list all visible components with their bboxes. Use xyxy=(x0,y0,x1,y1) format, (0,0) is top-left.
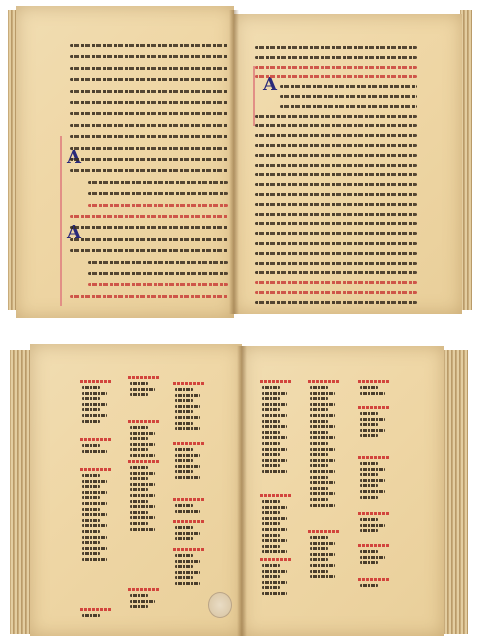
list-entry xyxy=(262,586,280,589)
list-entry xyxy=(82,485,100,488)
list-entry xyxy=(175,422,193,425)
list-entry xyxy=(262,397,280,400)
rubric-heading xyxy=(358,578,390,581)
list-entry xyxy=(360,484,378,487)
list-entry xyxy=(262,550,287,553)
manuscript-text-line xyxy=(255,252,417,255)
list-entry xyxy=(130,594,148,597)
manuscript-text-line xyxy=(88,204,228,207)
list-entry xyxy=(310,558,328,561)
rubric-heading xyxy=(173,442,205,445)
list-entry xyxy=(82,541,100,544)
thumb-stain xyxy=(208,592,232,618)
list-entry xyxy=(262,431,280,434)
list-entry xyxy=(360,556,385,559)
rubric-heading xyxy=(260,558,292,561)
list-entry xyxy=(130,600,155,603)
rubric-heading xyxy=(128,460,160,463)
manuscript-text-line xyxy=(88,181,228,184)
manuscript-text-line xyxy=(70,249,228,252)
manuscript-text-line xyxy=(70,158,228,161)
list-entry xyxy=(175,537,193,540)
list-entry xyxy=(82,444,100,447)
manuscript-text-line xyxy=(70,169,228,172)
list-entry xyxy=(262,592,287,595)
list-entry xyxy=(82,480,107,483)
manuscript-text-line xyxy=(88,272,228,275)
list-entry xyxy=(82,414,107,417)
list-entry xyxy=(175,526,193,529)
list-entry xyxy=(130,454,155,457)
list-entry xyxy=(262,459,287,462)
list-entry xyxy=(360,518,378,521)
list-entry xyxy=(310,470,335,473)
list-entry xyxy=(175,582,200,585)
list-entry xyxy=(262,511,280,514)
manuscript-text-line xyxy=(255,173,417,176)
list-entry xyxy=(130,443,155,446)
list-entry xyxy=(310,386,328,389)
list-entry xyxy=(175,576,193,579)
list-entry xyxy=(130,437,148,440)
list-entry xyxy=(310,542,335,545)
list-entry xyxy=(130,528,155,531)
list-entry xyxy=(175,465,200,468)
rubric-heading xyxy=(358,380,390,383)
manuscript-text-line xyxy=(70,124,228,127)
list-entry xyxy=(262,528,287,531)
list-entry xyxy=(262,392,287,395)
list-entry xyxy=(82,496,100,499)
manuscript-text-line xyxy=(280,95,417,98)
manuscript-text-line xyxy=(280,105,417,108)
list-entry xyxy=(262,517,287,520)
manuscript-text-line xyxy=(255,281,417,284)
list-entry xyxy=(82,403,107,406)
list-entry xyxy=(175,476,200,479)
list-entry xyxy=(82,474,100,477)
list-entry xyxy=(310,498,328,501)
list-entry xyxy=(360,412,378,415)
list-entry xyxy=(360,434,378,437)
list-entry xyxy=(82,491,107,494)
list-entry xyxy=(82,558,107,561)
bottom-book-right-edge xyxy=(440,350,468,634)
list-entry xyxy=(262,575,280,578)
list-entry xyxy=(360,490,385,493)
list-entry xyxy=(130,426,148,429)
list-entry xyxy=(82,536,107,539)
list-entry xyxy=(130,382,148,385)
top-gutter xyxy=(229,10,239,314)
list-entry xyxy=(262,386,280,389)
list-entry xyxy=(175,416,200,419)
manuscript-text-line xyxy=(70,90,228,93)
list-entry xyxy=(262,436,287,439)
list-entry xyxy=(310,392,335,395)
list-entry xyxy=(175,571,200,574)
list-entry xyxy=(310,403,335,406)
list-entry xyxy=(262,420,280,423)
list-entry xyxy=(360,473,378,476)
list-entry xyxy=(262,425,287,428)
manuscript-text-line xyxy=(255,164,417,167)
list-entry xyxy=(82,397,100,400)
list-entry xyxy=(82,513,107,516)
list-entry xyxy=(130,472,155,475)
manuscript-text-line xyxy=(255,144,417,147)
list-entry xyxy=(130,500,148,503)
manuscript-text-line xyxy=(255,193,417,196)
manuscript-text-line xyxy=(70,215,228,218)
list-entry xyxy=(175,399,193,402)
list-entry xyxy=(310,397,328,400)
list-entry xyxy=(175,554,193,557)
manuscript-text-line xyxy=(70,67,228,70)
list-entry xyxy=(360,496,378,499)
bottom-manuscript xyxy=(8,340,472,640)
manuscript-text-line xyxy=(88,261,228,264)
list-entry xyxy=(310,453,328,456)
list-entry xyxy=(262,534,280,537)
list-entry xyxy=(262,464,280,467)
manuscript-text-line xyxy=(70,44,228,47)
manuscript-text-line xyxy=(70,112,228,115)
list-entry xyxy=(262,470,287,473)
list-entry xyxy=(130,511,148,514)
list-entry xyxy=(175,532,200,535)
list-entry xyxy=(82,408,100,411)
list-entry xyxy=(175,470,193,473)
list-entry xyxy=(262,522,280,525)
manuscript-text-line xyxy=(255,271,417,274)
list-entry xyxy=(360,584,378,587)
list-entry xyxy=(82,502,107,505)
list-entry xyxy=(175,388,193,391)
list-entry xyxy=(82,524,107,527)
decorated-initial-a: A xyxy=(261,76,279,94)
list-entry xyxy=(82,614,100,617)
list-entry xyxy=(175,565,193,568)
list-entry xyxy=(82,420,100,423)
manuscript-text-line xyxy=(70,295,228,298)
list-entry xyxy=(360,468,385,471)
list-entry xyxy=(310,436,335,439)
list-entry xyxy=(360,550,378,553)
manuscript-text-line xyxy=(255,124,417,127)
list-entry xyxy=(262,545,280,548)
rubric-heading xyxy=(260,380,292,383)
list-entry xyxy=(262,506,287,509)
manuscript-text-line xyxy=(255,262,417,265)
list-entry xyxy=(310,420,328,423)
list-entry xyxy=(175,454,200,457)
list-entry xyxy=(360,462,378,465)
rubric-heading xyxy=(80,438,112,441)
list-entry xyxy=(130,488,148,491)
list-entry xyxy=(130,388,155,391)
list-entry xyxy=(310,487,328,490)
list-entry xyxy=(262,453,280,456)
list-entry xyxy=(130,393,148,396)
list-entry xyxy=(130,448,148,451)
manuscript-text-line xyxy=(255,213,417,216)
rubric-heading xyxy=(308,530,340,533)
rubric-heading xyxy=(128,588,160,591)
list-entry xyxy=(310,575,335,578)
manuscript-text-line xyxy=(255,115,417,118)
manuscript-text-line xyxy=(255,232,417,235)
list-entry xyxy=(130,522,148,525)
list-entry xyxy=(360,386,378,389)
list-entry xyxy=(82,519,100,522)
manuscript-text-line xyxy=(70,147,228,150)
list-entry xyxy=(175,459,193,462)
list-entry xyxy=(262,581,287,584)
list-entry xyxy=(130,505,155,508)
list-entry xyxy=(310,481,335,484)
list-entry xyxy=(310,459,335,462)
manuscript-text-line xyxy=(88,283,228,286)
rubric-heading xyxy=(358,456,390,459)
list-entry xyxy=(82,508,100,511)
rubric-heading xyxy=(173,520,205,523)
manuscript-text-line xyxy=(255,134,417,137)
list-entry xyxy=(175,427,200,430)
list-entry xyxy=(310,564,335,567)
list-entry xyxy=(82,547,107,550)
list-entry xyxy=(310,448,335,451)
manuscript-text-line xyxy=(255,75,417,78)
manuscript-text-line xyxy=(255,56,417,59)
list-entry xyxy=(310,553,335,556)
list-entry xyxy=(130,605,148,608)
top-manuscript: A A A xyxy=(8,6,472,322)
list-entry xyxy=(175,448,193,451)
manuscript-text-line xyxy=(70,135,228,138)
list-entry xyxy=(360,392,385,395)
rubric-heading xyxy=(358,544,390,547)
list-entry xyxy=(175,394,200,397)
list-entry xyxy=(262,414,287,417)
manuscript-text-line xyxy=(255,291,417,294)
list-entry xyxy=(310,476,328,479)
left-margin-flourish xyxy=(60,136,62,306)
list-entry xyxy=(310,425,335,428)
list-entry xyxy=(262,408,280,411)
manuscript-text-line xyxy=(255,301,417,304)
list-entry xyxy=(310,442,328,445)
list-entry xyxy=(262,564,280,567)
rubric-heading xyxy=(173,498,205,501)
list-entry xyxy=(262,539,287,542)
list-entry xyxy=(360,524,385,527)
rubric-heading xyxy=(358,512,390,515)
list-entry xyxy=(130,494,155,497)
rubric-heading xyxy=(128,376,160,379)
list-entry xyxy=(262,570,287,573)
list-entry xyxy=(360,418,385,421)
list-entry xyxy=(130,477,148,480)
manuscript-text-line xyxy=(255,203,417,206)
manuscript-text-line xyxy=(70,238,228,241)
manuscript-text-line xyxy=(255,183,417,186)
list-entry xyxy=(262,448,287,451)
rubric-heading xyxy=(358,406,390,409)
manuscript-text-line xyxy=(70,55,228,58)
manuscript-text-line xyxy=(255,66,417,69)
list-entry xyxy=(82,552,100,555)
list-entry xyxy=(175,560,200,563)
list-entry xyxy=(310,464,328,467)
rubric-heading xyxy=(128,420,160,423)
list-entry xyxy=(310,414,335,417)
list-entry xyxy=(130,432,155,435)
list-entry xyxy=(175,504,193,507)
manuscript-text-line xyxy=(255,222,417,225)
list-entry xyxy=(360,529,378,532)
rubric-heading xyxy=(173,382,205,385)
list-entry xyxy=(310,536,328,539)
list-entry xyxy=(310,492,335,495)
rubric-heading xyxy=(80,380,112,383)
list-entry xyxy=(175,510,200,513)
list-entry xyxy=(310,504,335,507)
list-entry xyxy=(82,530,100,533)
list-entry xyxy=(262,500,280,503)
list-entry xyxy=(262,442,280,445)
rubric-heading xyxy=(173,548,205,551)
rubric-heading xyxy=(80,468,112,471)
list-entry xyxy=(360,423,378,426)
list-entry xyxy=(360,429,385,432)
manuscript-text-line xyxy=(70,226,228,229)
rubric-heading xyxy=(80,608,112,611)
list-entry xyxy=(175,405,200,408)
list-entry xyxy=(262,403,287,406)
manuscript-text-line xyxy=(280,85,417,88)
list-entry xyxy=(310,547,328,550)
manuscript-text-line xyxy=(88,192,228,195)
list-entry xyxy=(310,570,328,573)
list-entry xyxy=(310,408,328,411)
rubric-heading xyxy=(260,494,292,497)
manuscript-text-line xyxy=(70,78,228,81)
list-entry xyxy=(130,516,155,519)
manuscript-text-line xyxy=(70,101,228,104)
rubric-heading xyxy=(308,380,340,383)
manuscript-text-line xyxy=(255,242,417,245)
list-entry xyxy=(82,450,107,453)
list-entry xyxy=(130,483,155,486)
manuscript-text-line xyxy=(255,46,417,49)
list-entry xyxy=(130,466,148,469)
list-entry xyxy=(360,479,385,482)
list-entry xyxy=(360,561,378,564)
list-entry xyxy=(175,410,193,413)
list-entry xyxy=(82,386,100,389)
list-entry xyxy=(82,392,107,395)
manuscript-text-line xyxy=(255,154,417,157)
bottom-gutter xyxy=(237,346,247,636)
list-entry xyxy=(310,431,328,434)
